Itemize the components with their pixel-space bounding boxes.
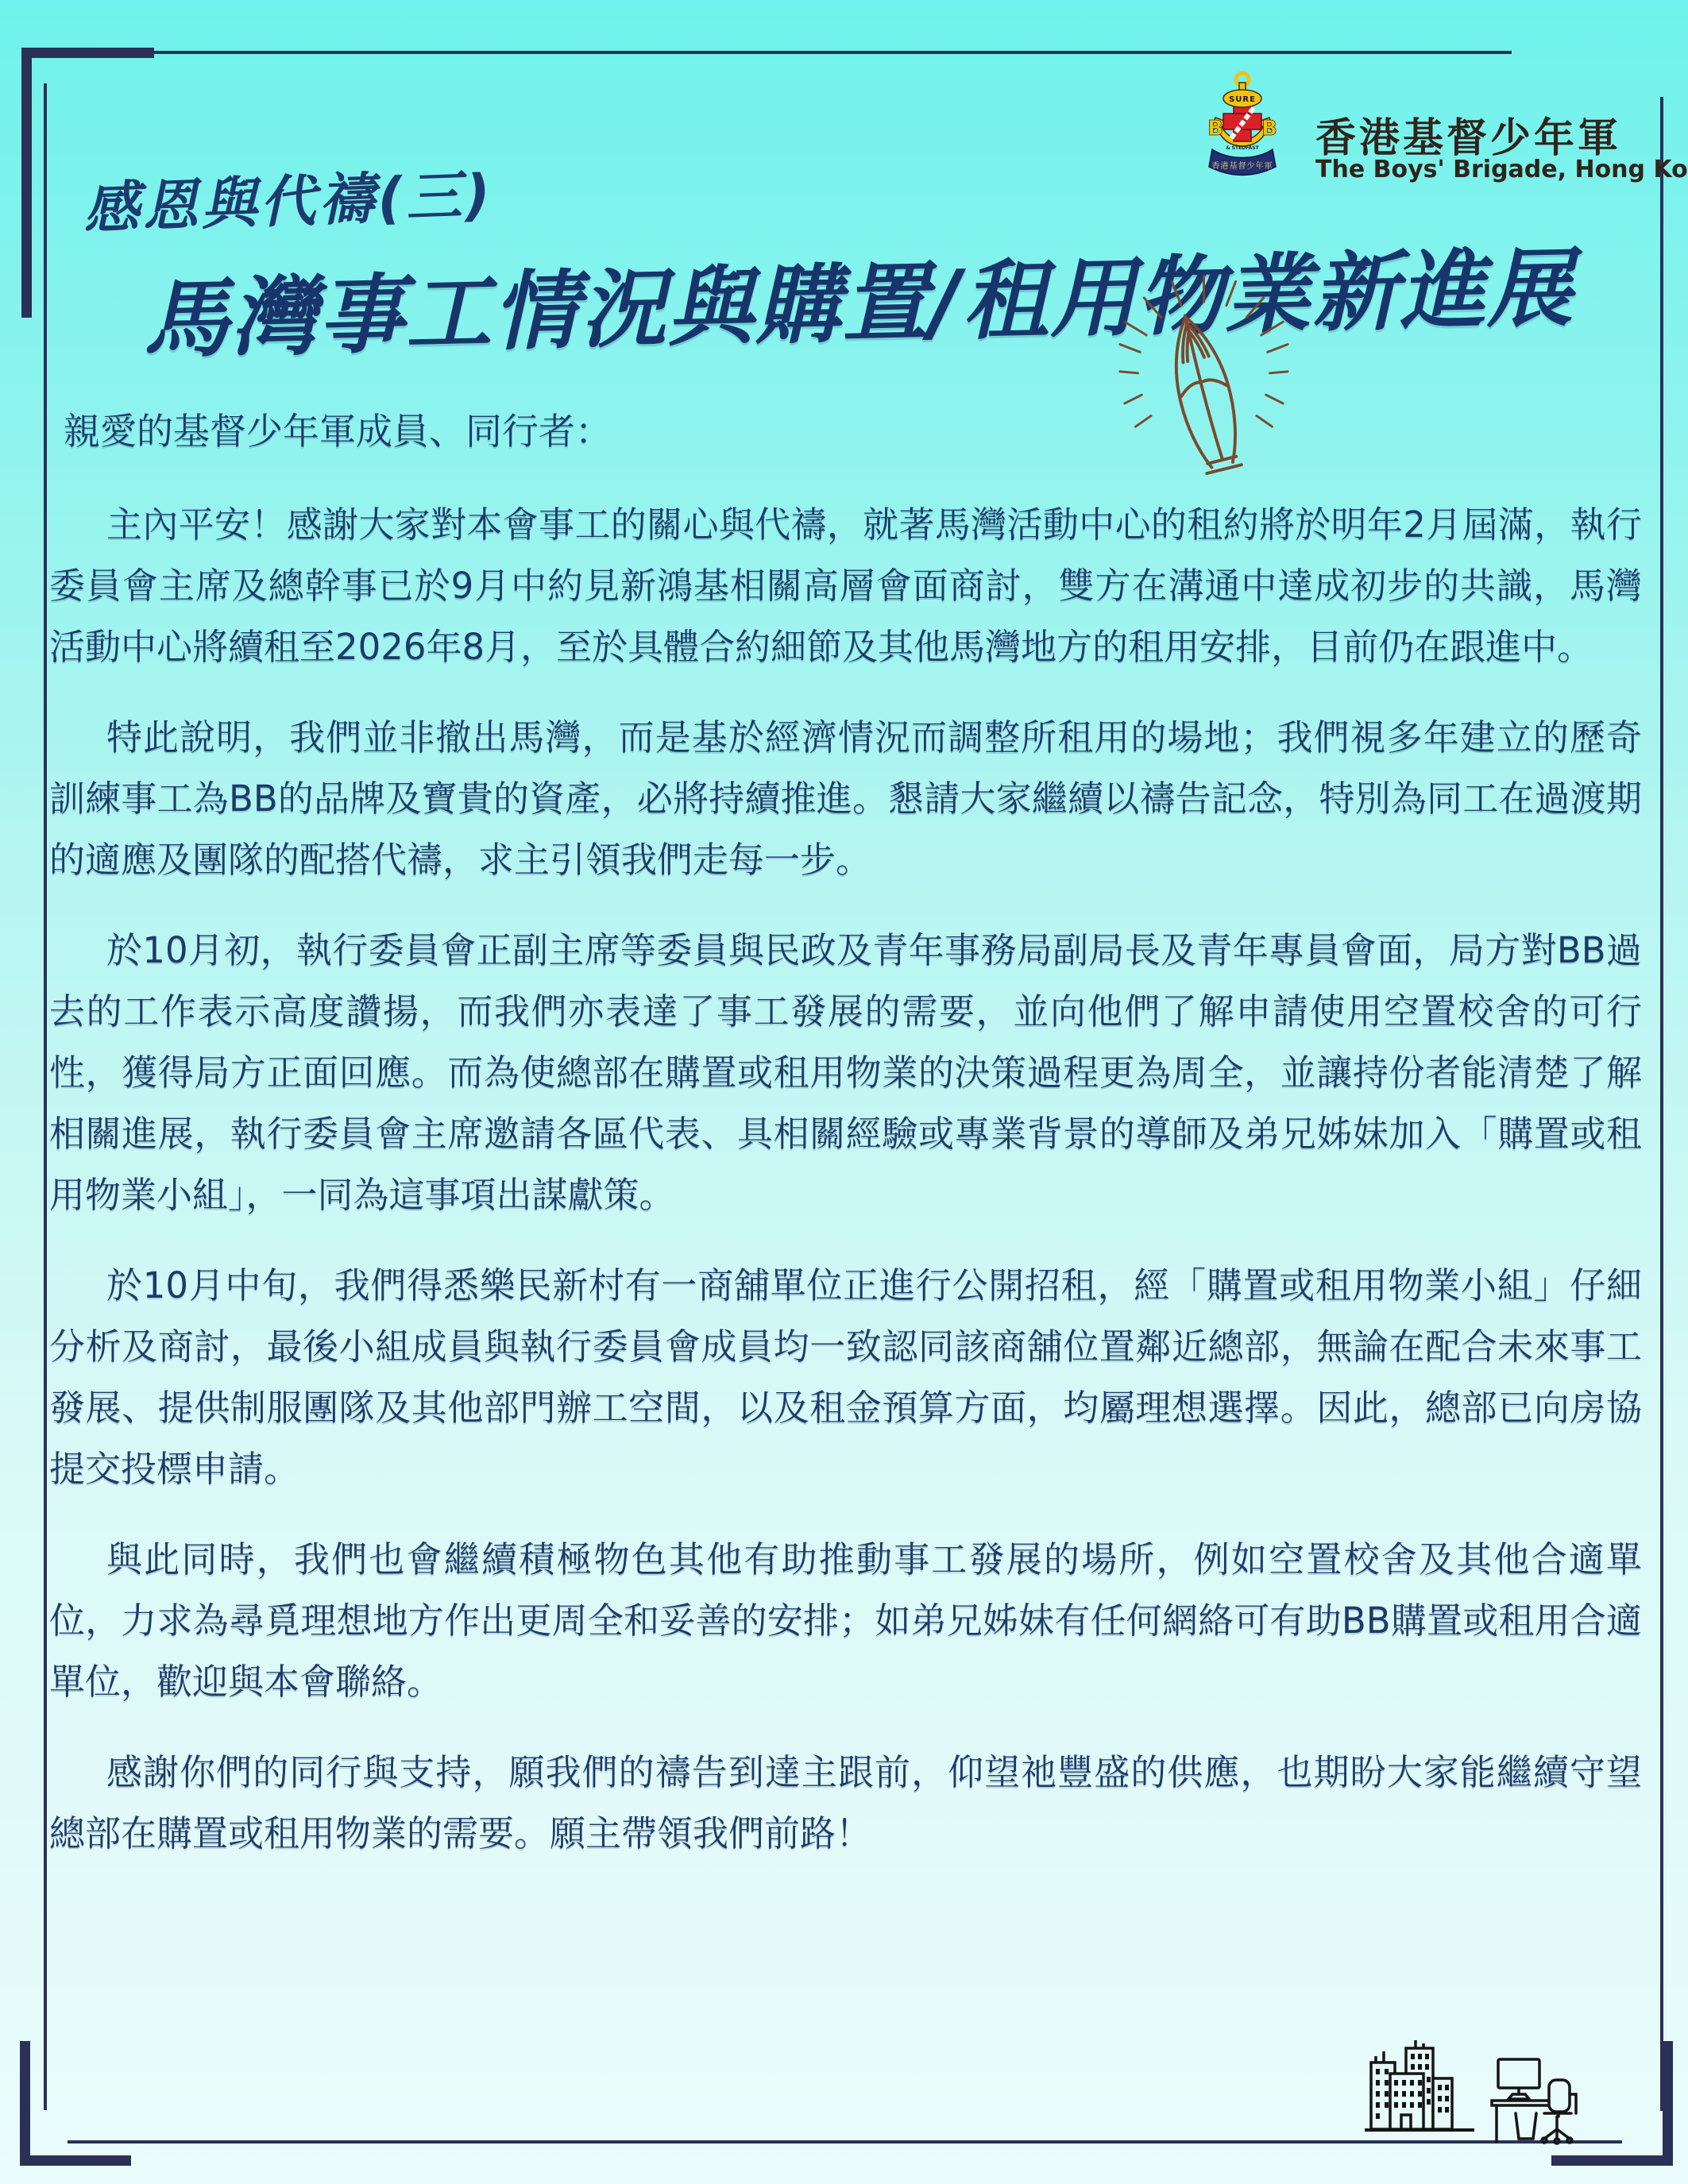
org-name-zh: 香港基督少年軍	[1315, 105, 1621, 164]
frame-line-bottom	[68, 2140, 1622, 2143]
crest-letter-right: B	[1261, 117, 1277, 141]
frame-bracket-bottom-right-arm	[1663, 2041, 1673, 2166]
salutation: 親愛的基督少年軍成員、同行者：	[64, 401, 1642, 462]
paragraph-5: 與此同時，我們也會繼續積極物色其他有助推動事工發展的場所，例如空置校舍及其他合適…	[49, 1529, 1642, 1712]
buildings-icon	[1360, 2032, 1479, 2136]
crest-motto-top: SURE	[1229, 95, 1256, 104]
series-title: 感恩與代禱(三)	[82, 150, 494, 245]
frame-bracket-bottom-right	[1551, 2155, 1673, 2166]
paragraph-4: 於10月中旬，我們得悉樂民新村有一商舖單位正進行公開招租，經「購置或租用物業小組…	[49, 1255, 1642, 1499]
paragraph-6: 感謝你們的同行與支持，願我們的禱告到達主跟前，仰望祂豐盛的供應，也期盼大家能繼續…	[49, 1742, 1642, 1864]
crest-motto-bottom: & STEDFAST	[1226, 145, 1259, 151]
org-logo-block: SURE B B & STEDFAST 香港基督少年軍 香港基督少年軍 The …	[1206, 67, 1651, 194]
desk-icon	[1487, 2049, 1590, 2146]
frame-line-top	[40, 51, 1512, 54]
letter-body: 親愛的基督少年軍成員、同行者： 主內平安！感謝大家對本會事工的關心與代禱，就著馬…	[49, 401, 1642, 1893]
document-page: 感恩與代禱(三) SURE B B & STEDFAST 香港基督少年軍 香港基…	[0, 0, 1688, 2184]
paragraph-2: 特此說明，我們並非撤出馬灣，而是基於經濟情況而調整所租用的場地；我們視多年建立的…	[49, 707, 1642, 890]
frame-bracket-bottom-left	[20, 2155, 131, 2166]
frame-line-left	[44, 83, 47, 2110]
bb-crest-icon: SURE B B & STEDFAST 香港基督少年軍	[1206, 67, 1279, 186]
paragraph-3: 於10月初，執行委員會正副主席等委員與民政及青年事務局副局長及青年專員會面，局方…	[49, 920, 1642, 1225]
frame-bracket-bottom-left-arm	[20, 2041, 30, 2166]
crest-letter-left: B	[1207, 117, 1223, 141]
main-heading: 馬灣事工情況與購置/租用物業新進展	[141, 218, 1637, 375]
crest-ribbon-text: 香港基督少年軍	[1212, 160, 1273, 171]
frame-bracket-top-left-arm	[21, 48, 32, 318]
paragraph-1: 主內平安！感謝大家對本會事工的關心與代禱，就著馬灣活動中心的租約將於明年2月屆滿…	[49, 494, 1642, 677]
org-name-en: The Boys' Brigade, Hong Kong	[1315, 156, 1688, 183]
frame-line-right	[1660, 97, 1663, 2111]
